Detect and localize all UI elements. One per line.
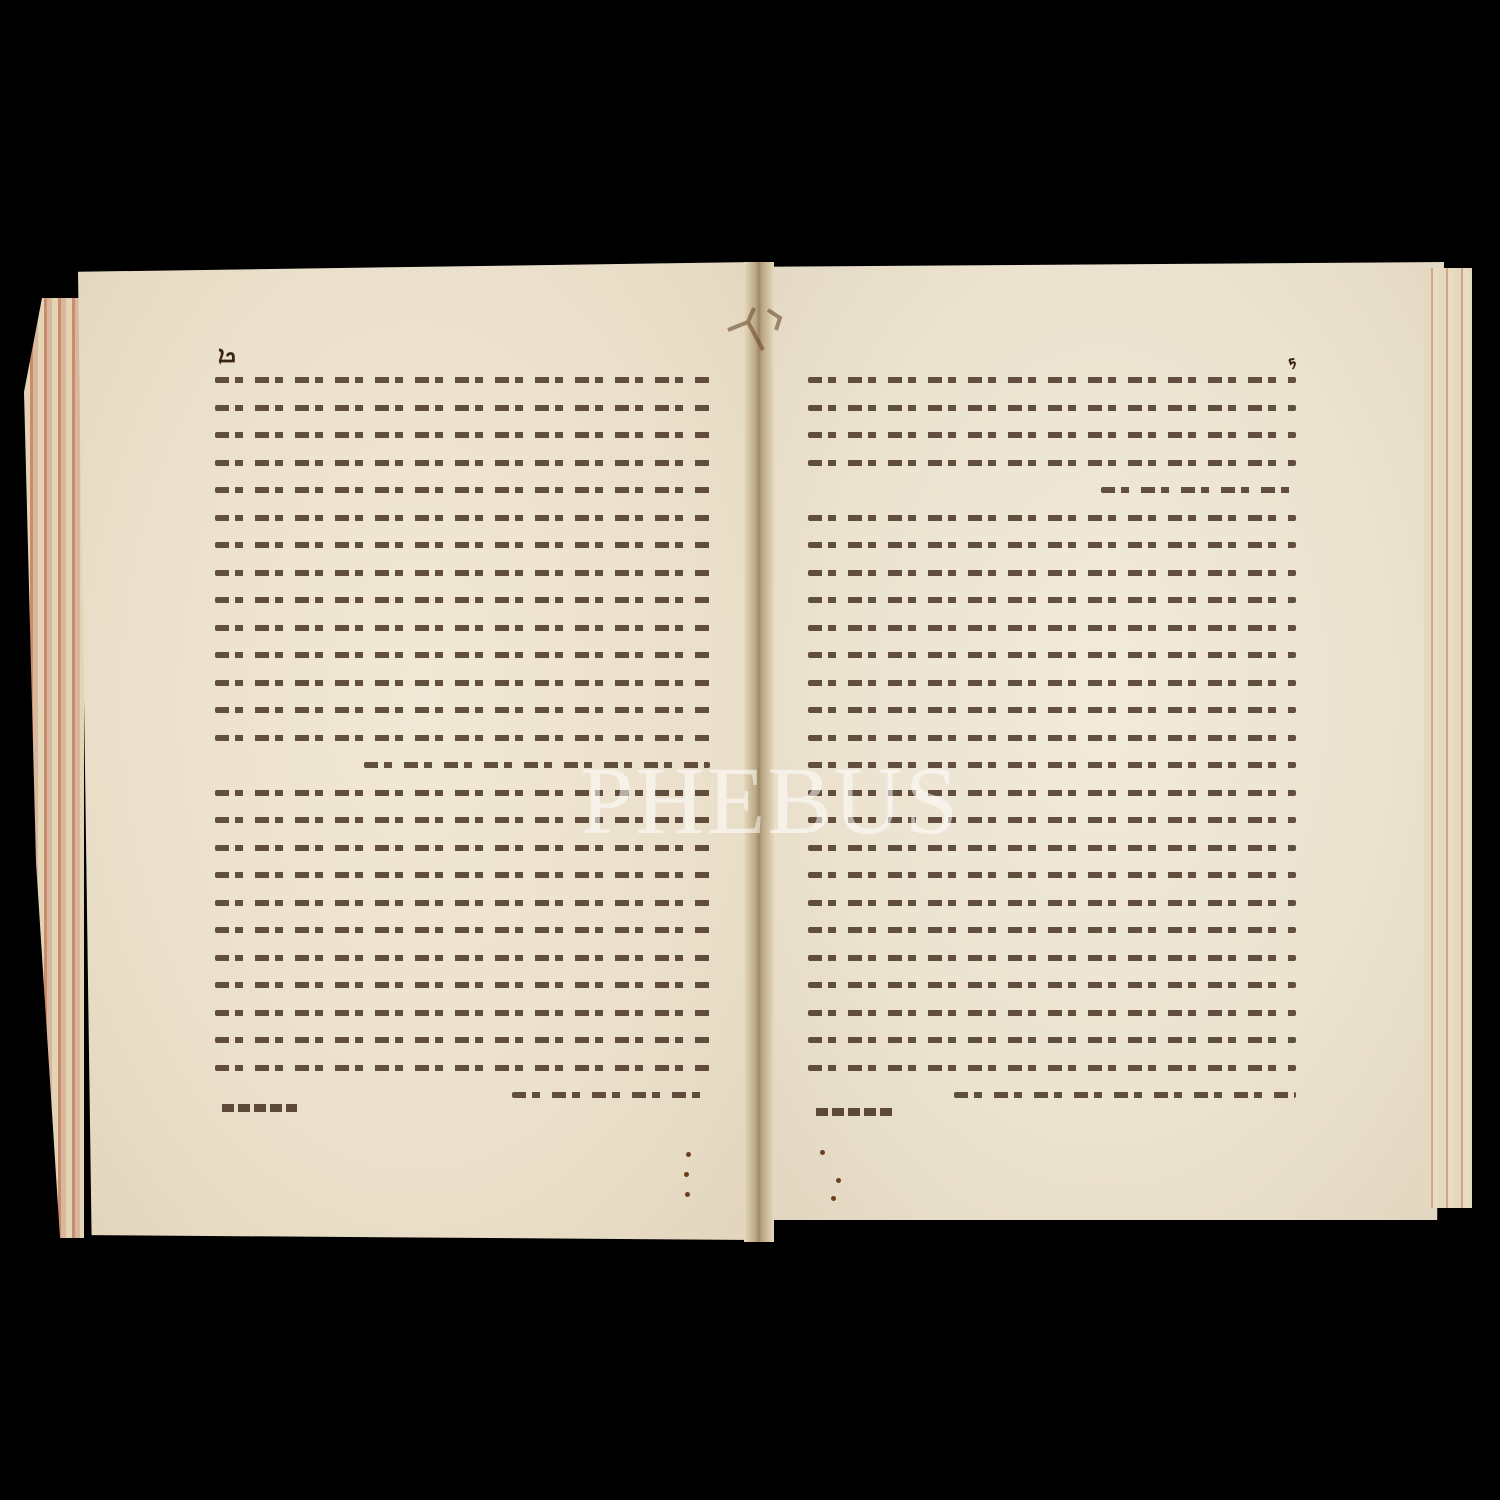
left-catchword: ܘܐܢܫܝܢ bbox=[222, 1104, 297, 1112]
watermark: PHEBUS bbox=[580, 745, 960, 856]
ink-dot bbox=[836, 1178, 841, 1183]
ink-dot bbox=[685, 1192, 690, 1197]
left-fore-edge bbox=[24, 298, 84, 1238]
left-text-block bbox=[215, 365, 710, 1108]
ink-dot bbox=[831, 1196, 836, 1201]
right-text-block bbox=[808, 365, 1296, 1108]
right-catchword: ܘܡܢ ܒܬܪܗ bbox=[816, 1108, 896, 1116]
ink-dot bbox=[820, 1150, 825, 1155]
ink-dot bbox=[686, 1152, 691, 1157]
ink-stain bbox=[718, 290, 788, 360]
right-fore-edge bbox=[1424, 268, 1472, 1208]
open-manuscript: ܟܐ ܟ ܘܐܢܫܝܢ ܘܡܢ ܒܬܪܗ PHEBUS bbox=[0, 0, 1500, 1500]
ink-dot bbox=[684, 1172, 689, 1177]
